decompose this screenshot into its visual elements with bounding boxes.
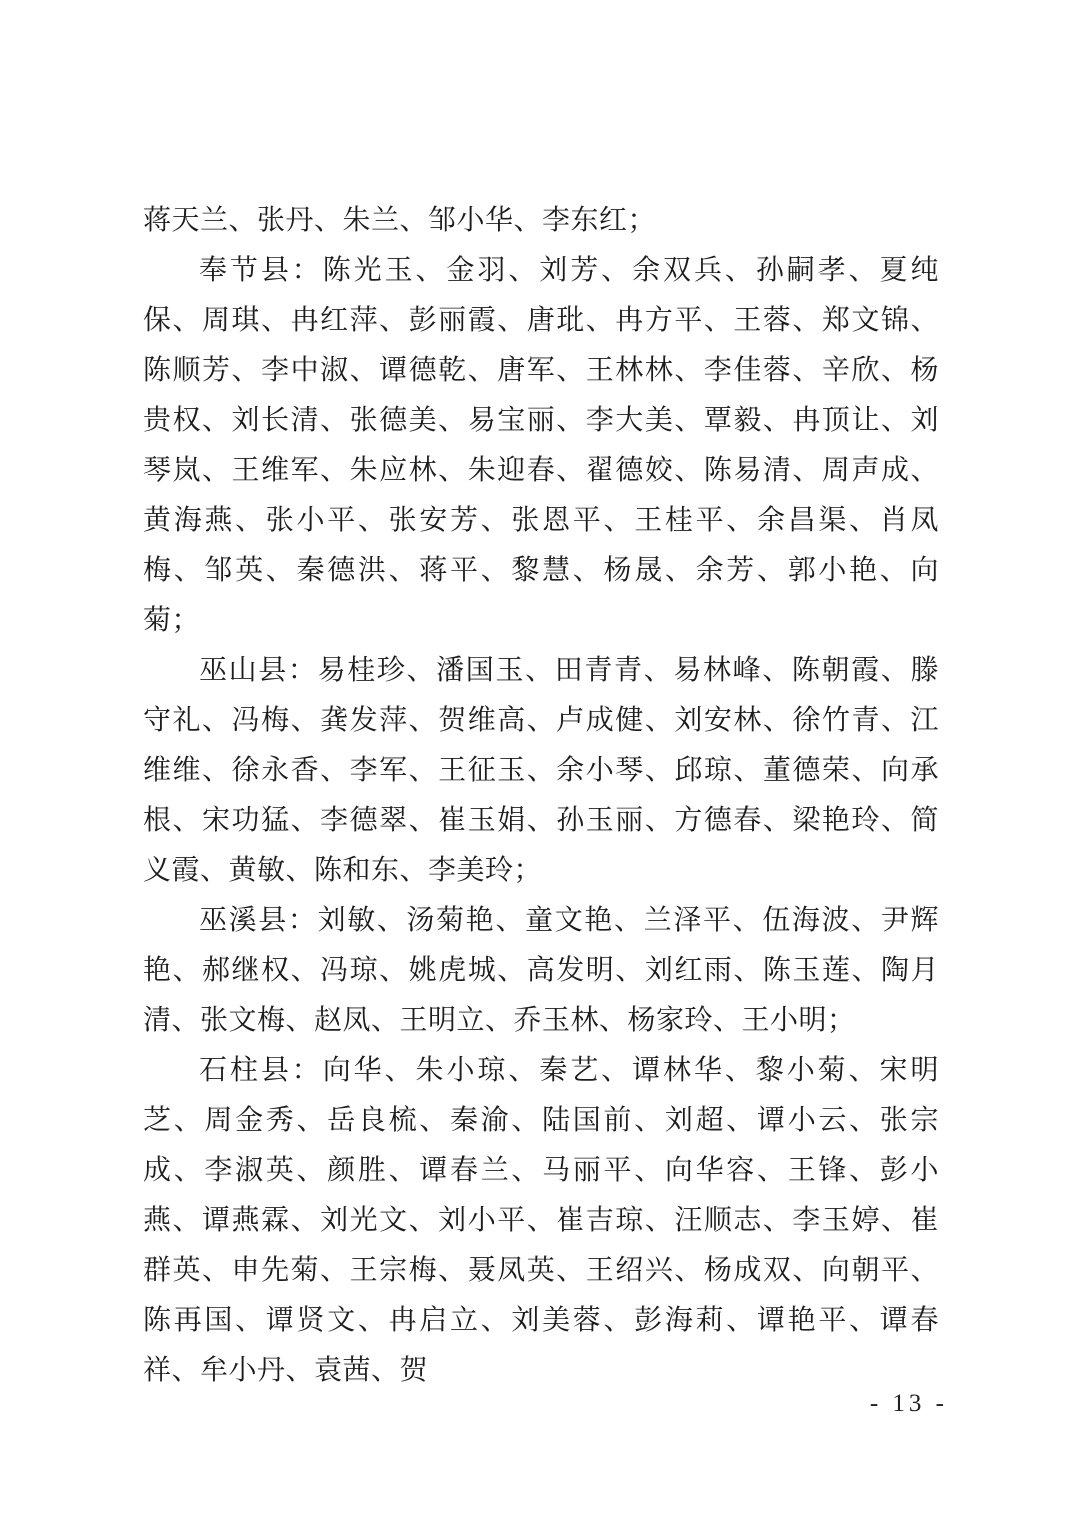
document-body: 蒋天兰、张丹、朱兰、邹小华、李东红； 奉节县：陈光玉、金羽、刘芳、余双兵、孙嗣孝… bbox=[143, 196, 939, 1396]
paragraph-continuation: 蒋天兰、张丹、朱兰、邹小华、李东红； bbox=[143, 196, 939, 246]
paragraph-shizhu-county: 石柱县：向华、朱小琼、秦艺、谭林华、黎小菊、宋明芝、周金秀、岳良梳、秦渝、陆国前… bbox=[143, 1046, 939, 1396]
document-page: 蒋天兰、张丹、朱兰、邹小华、李东红； 奉节县：陈光玉、金羽、刘芳、余双兵、孙嗣孝… bbox=[0, 0, 1074, 1520]
paragraph-fengjie-county: 奉节县：陈光玉、金羽、刘芳、余双兵、孙嗣孝、夏纯保、周琪、冉红萍、彭丽霞、唐玭、… bbox=[143, 246, 939, 646]
paragraph-wushan-county: 巫山县：易桂珍、潘国玉、田青青、易林峰、陈朝霞、滕守礼、冯梅、龚发萍、贺维高、卢… bbox=[143, 646, 939, 896]
page-number: - 13 - bbox=[870, 1388, 948, 1420]
paragraph-wuxi-county: 巫溪县：刘敏、汤菊艳、童文艳、兰泽平、伍海波、尹辉艳、郝继权、冯琼、姚虎城、高发… bbox=[143, 896, 939, 1046]
